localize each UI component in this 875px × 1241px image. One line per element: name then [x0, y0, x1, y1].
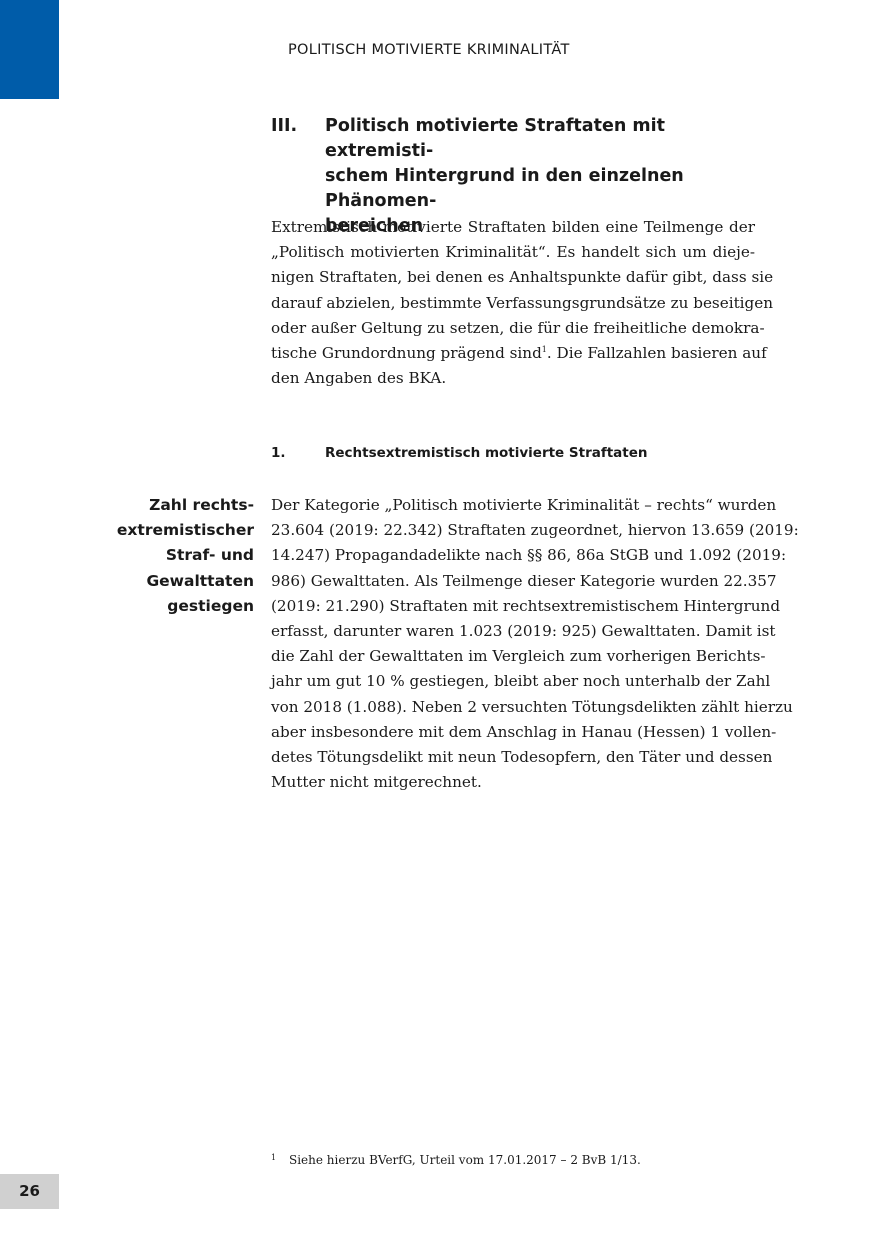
- margin-note-line: Zahl rechts-: [80, 493, 254, 518]
- text-segment: tische Grundordnung prägend sind: [271, 344, 542, 362]
- running-header: POLITISCH MOTIVIERTE KRIMINALITÄT: [288, 42, 570, 58]
- text-line: „Politisch motivierten Kriminalität“. Es…: [271, 240, 755, 265]
- chapter-title-line: schem Hintergrund in den einzelnen Phäno…: [325, 164, 761, 214]
- margin-note-line: gestiegen: [80, 594, 254, 619]
- text-line: oder außer Geltung zu setzen, die für di…: [271, 316, 755, 341]
- intro-paragraph: Extremistisch motivierte Straftaten bild…: [271, 215, 755, 391]
- margin-note-line: Gewalttaten: [80, 569, 254, 594]
- section-heading: 1. Rechtsextremistisch motivierte Straft…: [271, 445, 648, 461]
- text-line: aber insbesondere mit dem Anschlag in Ha…: [271, 720, 755, 745]
- text-line: darauf abzielen, bestimmte Verfassungsgr…: [271, 291, 755, 316]
- margin-note-line: extremistischer: [80, 518, 254, 543]
- accent-bar: [0, 0, 59, 99]
- text-line: 14.247) Propagandadelikte nach §§ 86, 86…: [271, 543, 755, 568]
- text-line: nigen Straftaten, bei denen es Anhaltspu…: [271, 265, 755, 290]
- text-line: den Angaben des BKA.: [271, 366, 755, 391]
- footnote: 1 Siehe hierzu BVerfG, Urteil vom 17.01.…: [271, 1153, 641, 1167]
- text-line: 23.604 (2019: 22.342) Straftaten zugeord…: [271, 518, 755, 543]
- chapter-number: III.: [271, 114, 297, 139]
- text-line: die Zahl der Gewalttaten im Vergleich zu…: [271, 644, 755, 669]
- margin-note-line: Straf- und: [80, 543, 254, 568]
- margin-note: Zahl rechts- extremistischer Straf- und …: [80, 493, 254, 619]
- section-number: 1.: [271, 445, 286, 461]
- footnote-text: Siehe hierzu BVerfG, Urteil vom 17.01.20…: [289, 1153, 641, 1167]
- footnote-mark: 1: [271, 1153, 276, 1162]
- text-line: erfasst, darunter waren 1.023 (2019: 925…: [271, 619, 755, 644]
- text-line: Der Kategorie „Politisch motivierte Krim…: [271, 493, 755, 518]
- text-line: detes Tötungsdelikt mit neun Todesopfern…: [271, 745, 755, 770]
- text-line: tische Grundordnung prägend sind1. Die F…: [271, 341, 755, 366]
- section-title: Rechtsextremistisch motivierte Straftate…: [325, 445, 648, 461]
- text-line: jahr um gut 10 % gestiegen, bleibt aber …: [271, 669, 755, 694]
- text-line: Mutter nicht mitgerechnet.: [271, 770, 755, 795]
- text-line: von 2018 (1.088). Neben 2 versuchten Töt…: [271, 695, 755, 720]
- text-line: (2019: 21.290) Straftaten mit rechtsextr…: [271, 594, 755, 619]
- text-line: 986) Gewalttaten. Als Teilmenge dieser K…: [271, 569, 755, 594]
- body-paragraph: Der Kategorie „Politisch motivierte Krim…: [271, 493, 755, 795]
- page-number: 26: [0, 1174, 59, 1209]
- text-line: Extremistisch motivierte Straftaten bild…: [271, 215, 755, 240]
- text-segment: . Die Fallzahlen basieren auf: [547, 344, 767, 362]
- chapter-title-line: Politisch motivierte Straftaten mit extr…: [325, 114, 761, 164]
